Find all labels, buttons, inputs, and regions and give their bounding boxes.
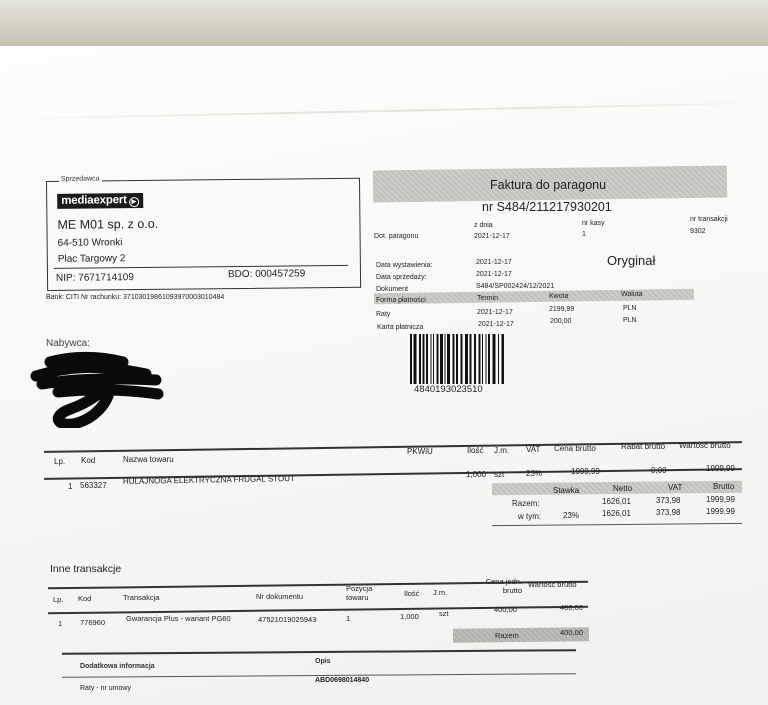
summary-col-vat: VAT: [668, 483, 682, 492]
issue-date-label: Data wystawienia:: [376, 262, 432, 269]
receipt-date: 2021-12-17: [474, 233, 510, 240]
bank-account: Bank: CITI Nr rachunku: 3710301986109397…: [46, 294, 224, 301]
other-col-code: Kod: [78, 594, 91, 603]
receipt-label: Dot. paragonu: [374, 233, 418, 240]
register-number: 1: [582, 231, 586, 238]
transaction-header: nr transakcji: [690, 216, 728, 223]
other-total-value: 400,00: [560, 628, 583, 637]
issue-date: 2021-12-17: [476, 259, 512, 266]
items-col-value: Wartość brutto: [679, 441, 731, 450]
invoice-title: Faktura do paragonu: [490, 178, 606, 192]
items-col-price: Cena brutto: [554, 444, 596, 453]
sale-date: 2021-12-17: [476, 271, 512, 278]
payment-col-form: Forma płatności: [376, 297, 426, 304]
payment-col-currency: Waluta: [621, 291, 643, 298]
seller-label: Sprzedawca: [59, 175, 102, 182]
seller-box: Sprzedawca mediaexpert▶ ME M01 sp. z o.o…: [46, 178, 361, 291]
other-col-unitprice: Cena jedn. brutto: [476, 577, 522, 595]
invoice-number: nr S484/211217930201: [482, 200, 612, 214]
payment-col-amount: Kwota: [549, 293, 568, 300]
other-col-docnum: Nr dokumentu: [256, 592, 303, 601]
summary-col-gross: Brutto: [713, 482, 734, 491]
other-col-transaction: Transakcja: [123, 593, 159, 602]
original-label: Oryginał: [607, 253, 655, 268]
items-col-qty: Ilość: [467, 446, 483, 455]
items-col-pkwiu: PKWiU: [407, 447, 433, 456]
other-title: Inne transakcje: [50, 563, 121, 575]
summary-col-rate: Stawka: [553, 486, 579, 495]
barcode: [408, 334, 504, 384]
items-col-lp: Lp.: [54, 457, 65, 466]
document-number: S484/SP002424/12/2021: [476, 283, 554, 290]
seller-city: 64-510 Wronki: [58, 237, 123, 249]
items-col-discount: Rabat brutto: [621, 442, 665, 451]
items-col-code: Kod: [81, 456, 95, 465]
barcode-number: 4840193023510: [414, 384, 483, 395]
background-wall: [0, 0, 768, 48]
payment-col-term: Termin: [477, 295, 498, 302]
other-col-lp: Lp.: [53, 595, 63, 604]
other-total-label: Razem: [495, 631, 519, 640]
play-arrow-icon: ▶: [129, 197, 139, 207]
items-col-unit: J.m.: [494, 446, 509, 455]
other-col-value: Wartość brutto: [528, 580, 577, 589]
seller-name: ME M01 sp. z o.o.: [57, 217, 158, 232]
mediaexpert-logo: mediaexpert▶: [57, 193, 143, 209]
transaction-number: 9302: [690, 228, 706, 235]
seller-street: Plac Targowy 2: [58, 253, 126, 265]
seller-nip: NIP: 7671714109: [56, 272, 134, 284]
extra-header-right: Opis: [315, 658, 331, 665]
other-col-qty: Ilość: [404, 589, 419, 598]
items-col-name: Nazwa towaru: [123, 455, 174, 464]
summary-col-net: Netto: [613, 484, 632, 493]
redaction-scribble: [28, 348, 168, 428]
seller-bdo: BDO: 000457259: [228, 268, 305, 280]
items-col-vat: VAT: [526, 445, 540, 454]
sale-date-label: Data sprzedaży:: [376, 274, 427, 281]
other-col-unit: J.m.: [433, 588, 447, 597]
date-header: z dnia: [474, 222, 493, 229]
other-col-position: Pozycja towaru: [346, 584, 386, 602]
extra-row-right: ABD0698014840: [315, 677, 369, 684]
register-header: nr kasy: [582, 220, 605, 227]
extra-header-left: Dodatkowa informacja: [80, 663, 155, 670]
extra-row-left: Raty - nr umowy: [80, 685, 131, 692]
